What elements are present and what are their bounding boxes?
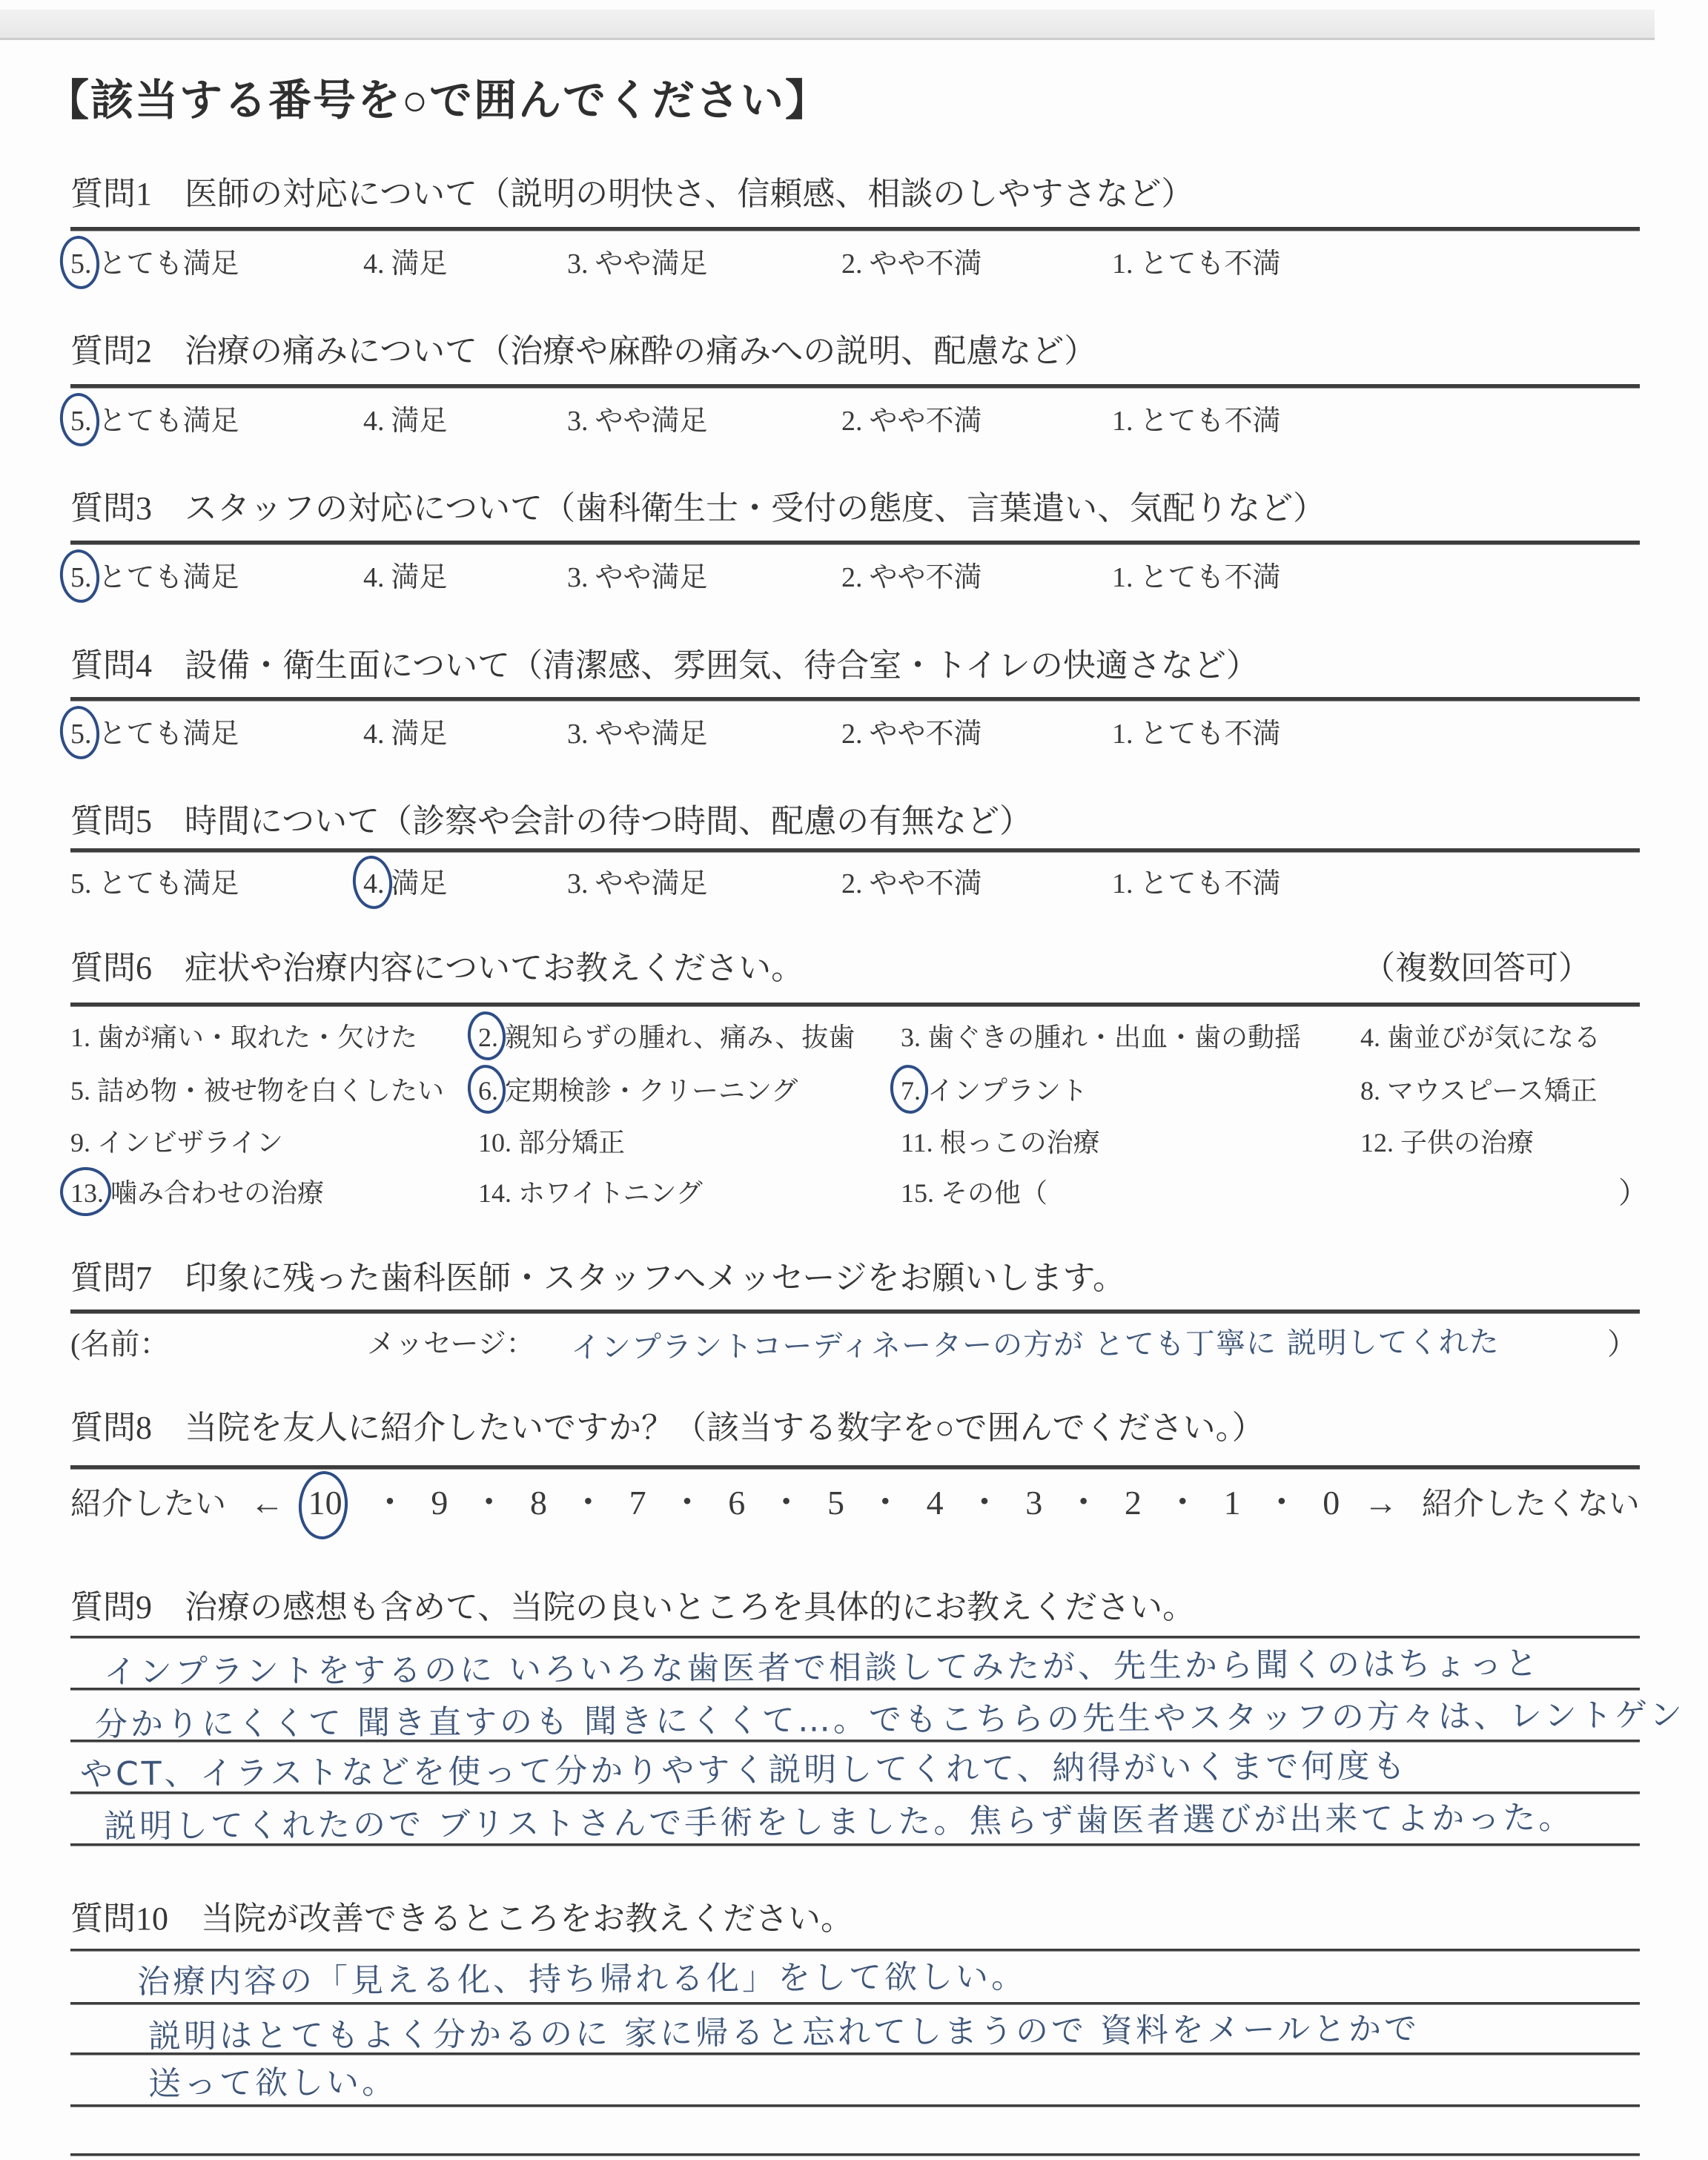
question-8-title: 質問8 当院を友人に紹介したいですか？（該当する数字を○で囲んでください。）	[70, 1409, 1265, 1447]
option-number: 2.	[841, 868, 863, 899]
q4-option-2: 2.やや不満	[841, 712, 982, 756]
q8-number-10: 10	[308, 1484, 342, 1522]
dot-separator: ・	[868, 1480, 902, 1526]
q10-handwritten-line-3: 送って欲しい。	[148, 2062, 397, 2105]
option-label: 満足	[391, 719, 448, 750]
q8-left-label: 紹介したい	[70, 1482, 226, 1527]
option-label: 満足	[391, 562, 448, 593]
option-number: 11.	[901, 1128, 933, 1157]
q8-number-1: 1	[1224, 1480, 1241, 1526]
option-number: 3.	[567, 562, 589, 593]
question-9-title: 質問9 治療の感想も含めて、当院の良いところを具体的にお教えください。	[70, 1588, 1195, 1627]
separator-rule	[70, 1465, 1640, 1470]
q5-option-1: 1.とても不満	[1112, 862, 1281, 906]
q8-number-9: 9	[431, 1480, 448, 1526]
q4-option-5: 5.とても満足	[70, 712, 239, 756]
question-5-title: 質問5 時間について（診察や会計の待つ時間、配慮の有無など）	[70, 802, 1032, 841]
option-label: やや満足	[595, 868, 708, 899]
option-label: インプラント	[927, 1076, 1088, 1106]
page-title: 【該当する番号を○で囲んでください】	[46, 65, 830, 128]
option-label: やや不満	[870, 868, 982, 899]
option-number: 4.	[363, 562, 385, 593]
q6-item-11: 11.根っこの治療	[901, 1123, 1100, 1163]
option-label: やや満足	[595, 406, 708, 437]
question-7-title: 質問7 印象に残った歯科医師・スタッフへメッセージをお願いします。	[70, 1259, 1125, 1298]
option-number: 5.	[70, 719, 92, 750]
separator-rule	[70, 541, 1640, 545]
option-label: とても満足	[99, 719, 239, 750]
q7-name-label: (名前：	[70, 1323, 169, 1366]
question-4-title: 質問4 設備・衛生面について（清潔感、雰囲気、待合室・トイレの快適さなど）	[70, 647, 1259, 685]
option-number: 4.	[363, 248, 385, 280]
option-number: 3.	[901, 1023, 921, 1052]
option-number: 5.	[70, 248, 92, 280]
option-number: 5.	[70, 1076, 90, 1106]
option-number: 1.	[1112, 562, 1133, 593]
dot-separator: ・	[571, 1480, 605, 1526]
option-label: ホワイトニング	[518, 1178, 703, 1208]
option-number: 14.	[478, 1178, 512, 1208]
question-1-title: 質問1 医師の対応について（説明の明快さ、信頼感、相談のしやすさなど）	[70, 175, 1194, 214]
option-number: 8.	[1360, 1076, 1380, 1106]
left-arrow-icon: ←	[250, 1480, 284, 1526]
q6-item-2: 2.親知らずの腫れ、痛み、抜歯	[478, 1017, 855, 1057]
q8-recommend-scale: 紹介したい ← 10 ・ 9 ・ 8 ・ 7 ・ 6 ・ 5 ・ 4 ・ 3 ・…	[70, 1480, 1640, 1527]
q1-option-3: 3.やや満足	[567, 242, 708, 286]
right-arrow-icon: →	[1364, 1480, 1398, 1526]
option-label: とても満足	[99, 562, 239, 593]
dot-separator: ・	[472, 1480, 506, 1526]
separator-rule	[70, 384, 1640, 389]
q3-option-3: 3.やや満足	[567, 555, 708, 600]
q6-item-15: 15.その他（	[901, 1173, 1047, 1213]
question-3-options: 5.とても満足 4.満足 3.やや満足 2.やや不満 1.とても不満	[0, 555, 1708, 603]
option-label: 満足	[391, 248, 448, 280]
option-label: 部分矯正	[518, 1128, 625, 1157]
option-number: 12.	[1360, 1128, 1394, 1157]
option-number: 5.	[70, 406, 92, 437]
separator-rule	[70, 1003, 1640, 1007]
q5-option-3: 3.やや満足	[567, 862, 708, 906]
q6-item-7: 7.インプラント	[901, 1071, 1088, 1111]
scan-artifact-band	[0, 10, 1655, 40]
question-6-note: （複数回答可）	[1363, 949, 1591, 988]
q3-option-4: 4.満足	[363, 555, 448, 600]
q6-item-1: 1.歯が痛い・取れた・欠けた	[70, 1017, 417, 1057]
q8-number-3: 3	[1025, 1480, 1042, 1526]
q6-item-8: 8.マウスピース矯正	[1360, 1071, 1598, 1111]
q6-item-12: 12.子供の治療	[1360, 1123, 1534, 1163]
option-label: やや不満	[870, 719, 982, 750]
option-number: 1.	[1112, 719, 1133, 750]
option-label: 歯ぐきの腫れ・出血・歯の動揺	[927, 1023, 1301, 1052]
question-4-options: 5.とても満足 4.満足 3.やや満足 2.やや不満 1.とても不満	[0, 712, 1708, 759]
option-label: 親知らずの腫れ、痛み、抜歯	[505, 1023, 855, 1052]
option-label: 噛み合わせの治療	[110, 1178, 324, 1208]
scanned-survey-page: 【該当する番号を○で囲んでください】 質問1 医師の対応について（説明の明快さ、…	[0, 0, 1708, 2160]
option-number: 3.	[567, 406, 589, 437]
option-label: とても満足	[99, 248, 239, 280]
option-label: 満足	[391, 868, 448, 899]
option-label: やや満足	[595, 719, 708, 750]
q2-option-1: 1.とても不満	[1112, 399, 1281, 443]
option-label: マウスピース矯正	[1387, 1076, 1598, 1106]
option-number: 13.	[70, 1178, 104, 1208]
q7-close-paren: ）	[1607, 1323, 1637, 1366]
option-label: 詰め物・被せ物を白くしたい	[97, 1076, 444, 1106]
q5-option-4: 4.満足	[363, 862, 448, 906]
question-2-title: 質問2 治療の痛みについて（治療や麻酔の痛みへの説明、配慮など）	[70, 332, 1096, 371]
q6-item-5: 5.詰め物・被せ物を白くしたい	[70, 1071, 444, 1111]
q8-number-6: 6	[728, 1480, 745, 1526]
q8-number-8: 8	[530, 1480, 547, 1526]
answer-rule	[70, 2153, 1640, 2156]
option-number: 6.	[478, 1076, 498, 1106]
q6-item-9: 9.インビザライン	[70, 1123, 283, 1163]
option-number: 1.	[1112, 406, 1133, 437]
q7-message-label: メッセージ：	[367, 1323, 534, 1366]
option-label: やや不満	[870, 562, 982, 593]
option-number: 4.	[363, 868, 385, 899]
option-label: 歯並びが気になる	[1387, 1023, 1601, 1052]
question-5-options: 5.とても満足 4.満足 3.やや満足 2.やや不満 1.とても不満	[0, 862, 1708, 909]
option-label: とても満足	[99, 868, 239, 899]
q3-option-2: 2.やや不満	[841, 555, 982, 600]
option-number: 2.	[478, 1023, 498, 1052]
option-number: 2.	[841, 406, 863, 437]
separator-rule	[70, 227, 1640, 231]
question-3-title: 質問3 スタッフの対応について（歯科衛生士・受付の態度、言葉遣い、気配りなど）	[70, 489, 1325, 528]
q2-option-3: 3.やや満足	[567, 399, 708, 443]
q6-item-13: 13.噛み合わせの治療	[70, 1173, 324, 1213]
question-1-options: 5.とても満足 4.満足 3.やや満足 2.やや不満 1.とても不満	[0, 242, 1708, 289]
option-number: 15.	[901, 1178, 934, 1208]
option-number: 2.	[841, 719, 863, 750]
option-label: やや不満	[870, 406, 982, 437]
option-label: とても不満	[1140, 868, 1281, 899]
q8-number-5: 5	[827, 1480, 844, 1526]
q8-number-0: 0	[1323, 1480, 1340, 1526]
q3-option-5: 5.とても満足	[70, 555, 239, 600]
q6-item-3: 3.歯ぐきの腫れ・出血・歯の動揺	[901, 1017, 1301, 1057]
q9-handwritten-line-2: 分かりにくくて 聞き直すのも 聞きにくくて…。でもこちらの先生やスタッフの方々は…	[95, 1694, 1685, 1745]
option-number: 3.	[567, 868, 589, 899]
option-number: 5.	[70, 868, 92, 899]
q10-handwritten-line-1: 治療内容の「見える化、持ち帰れる化」をして欲しい。	[137, 1956, 1027, 2003]
q9-handwritten-line-4: 説明してくれたので ブリストさんで手術をしました。焦らず歯医者選びが出来てよかっ…	[104, 1797, 1575, 1848]
q4-option-3: 3.やや満足	[567, 712, 708, 756]
dot-separator: ・	[967, 1480, 1002, 1526]
option-number: 4.	[363, 406, 385, 437]
option-label: その他（	[941, 1178, 1047, 1208]
option-label: 子供の治療	[1400, 1128, 1534, 1157]
option-number: 4.	[363, 719, 385, 750]
q8-number-4: 4	[927, 1480, 944, 1526]
question-2-options: 5.とても満足 4.満足 3.やや満足 2.やや不満 1.とても不満	[0, 399, 1708, 446]
q4-option-1: 1.とても不満	[1112, 712, 1281, 756]
option-number: 3.	[567, 719, 589, 750]
q2-option-2: 2.やや不満	[841, 399, 982, 443]
option-number: 2.	[841, 562, 863, 593]
option-label: インビザライン	[97, 1128, 283, 1157]
option-number: 5.	[70, 562, 92, 593]
q9-handwritten-line-3: やCT、イラストなどを使って分かりやすく説明してくれて、納得がいくまで何度も	[80, 1746, 1409, 1796]
q5-option-5: 5.とても満足	[70, 862, 239, 906]
dot-separator: ・	[769, 1480, 804, 1526]
q1-option-4: 4.満足	[363, 242, 448, 286]
option-number: 1.	[1112, 868, 1133, 899]
dot-separator: ・	[1265, 1480, 1299, 1526]
option-label: 満足	[391, 406, 448, 437]
q8-number-2: 2	[1125, 1480, 1142, 1526]
answer-rule	[70, 1949, 1640, 1952]
dot-separator: ・	[1165, 1480, 1199, 1526]
q6-item-4: 4.歯並びが気になる	[1360, 1017, 1601, 1057]
option-number: 2.	[841, 248, 863, 280]
option-number: 10.	[478, 1128, 512, 1157]
q6-item-14: 14.ホワイトニング	[478, 1173, 703, 1213]
option-label: 根っこの治療	[940, 1128, 1100, 1157]
option-label: とても不満	[1140, 719, 1281, 750]
option-label: やや満足	[595, 248, 708, 280]
option-number: 1.	[70, 1023, 90, 1052]
q2-option-4: 4.満足	[363, 399, 448, 443]
option-number: 3.	[567, 248, 589, 280]
q6-item-6: 6.定期検診・クリーニング	[478, 1071, 798, 1111]
q2-option-5: 5.とても満足	[70, 399, 239, 443]
option-number: 4.	[1360, 1023, 1380, 1052]
option-number: 1.	[1112, 248, 1133, 280]
separator-rule	[70, 697, 1640, 701]
separator-rule	[70, 1309, 1640, 1314]
q5-option-2: 2.やや不満	[841, 862, 982, 906]
q8-number-7: 7	[629, 1480, 646, 1526]
option-label: やや満足	[595, 562, 708, 593]
option-label: とても不満	[1140, 406, 1281, 437]
answer-rule	[70, 2104, 1640, 2107]
separator-rule	[70, 848, 1640, 853]
dot-separator: ・	[1067, 1480, 1101, 1526]
option-label: 定期検診・クリーニング	[505, 1076, 798, 1106]
q7-handwritten-message: インプラントコーディネーターの方が とても丁寧に 説明してくれた	[571, 1321, 1500, 1369]
q9-handwritten-line-1: インプラントをするのに いろいろな歯医者で相談してみたが、先生から聞くのはちょっ…	[104, 1643, 1540, 1694]
q3-option-1: 1.とても不満	[1112, 555, 1281, 600]
q4-option-4: 4.満足	[363, 712, 448, 756]
option-label: 歯が痛い・取れた・欠けた	[97, 1023, 417, 1052]
answer-rule	[70, 1636, 1640, 1639]
q1-option-2: 2.やや不満	[841, 242, 982, 286]
question-10-title: 質問10 当院が改善できるところをお教えください。	[70, 1900, 853, 1938]
option-number: 9.	[70, 1128, 90, 1157]
option-label: とても不満	[1140, 248, 1281, 280]
option-number: 7.	[901, 1076, 921, 1106]
option-label: とても満足	[99, 406, 239, 437]
q6-item-10: 10.部分矯正	[478, 1123, 625, 1163]
option-label: やや不満	[870, 248, 982, 280]
option-label: とても不満	[1140, 562, 1281, 593]
q1-option-5: 5.とても満足	[70, 242, 239, 286]
q10-handwritten-line-2: 説明はとてもよく分かるのに 家に帰ると忘れてしまうので 資料をメールとかで	[148, 2009, 1420, 2058]
q1-option-1: 1.とても不満	[1112, 242, 1281, 286]
dot-separator: ・	[373, 1480, 407, 1526]
dot-separator: ・	[670, 1480, 704, 1526]
question-6-title: 質問6 症状や治療内容についてお教えください。	[70, 949, 804, 988]
q8-right-label: 紹介したくない	[1422, 1482, 1640, 1527]
answer-rule	[70, 2002, 1640, 2005]
q6-other-close-paren: ）	[1618, 1173, 1648, 1213]
